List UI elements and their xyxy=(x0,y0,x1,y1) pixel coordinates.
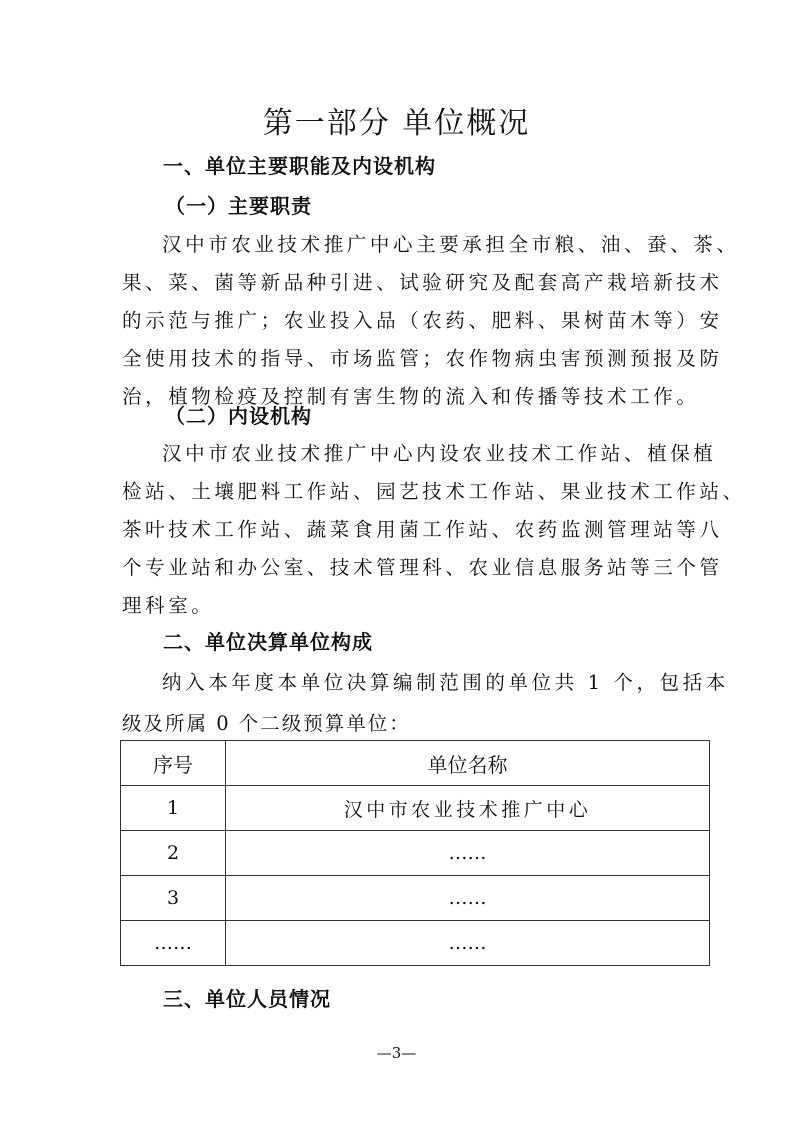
paragraph-line: 果、菜、菌等新品种引进、试验研究及配套高产栽培新技术 xyxy=(122,267,723,295)
table-header-row: 序号 单位名称 xyxy=(121,741,710,786)
budget-units-table: 序号 单位名称 1 汉中市农业技术推广中心 2 …… 3 …… …… …… xyxy=(120,740,710,966)
column-header-index: 序号 xyxy=(121,741,226,786)
paragraph-line: 汉中市农业技术推广中心内设农业技术工作站、植保植 xyxy=(162,438,716,466)
cell-index: 3 xyxy=(121,876,226,921)
section-1-sub-1-heading: （一）主要职责 xyxy=(165,190,312,219)
column-header-unit-name: 单位名称 xyxy=(226,741,710,786)
paragraph-line: 检站、土壤肥料工作站、园艺技术工作站、果业技术工作站、 xyxy=(122,476,746,504)
cell-unit-name: 汉中市农业技术推广中心 xyxy=(226,786,710,831)
page-title: 第一部分 单位概况 xyxy=(0,98,793,142)
table-row: 2 …… xyxy=(121,831,710,876)
cell-unit-name: …… xyxy=(226,876,710,921)
paragraph-line: 纳入本年度本单位决算编制范围的单位共 1 个，包括本 xyxy=(162,667,729,695)
paragraph-line: 理科室。 xyxy=(122,590,214,618)
paragraph-line: 个专业站和办公室、技术管理科、农业信息服务站等三个管 xyxy=(122,552,723,580)
table-row: 3 …… xyxy=(121,876,710,921)
table-row: …… …… xyxy=(121,921,710,966)
cell-unit-name: …… xyxy=(226,831,710,876)
paragraph-line: 全使用技术的指导、市场监管；农作物病虫害预测预报及防 xyxy=(122,343,723,371)
cell-index: …… xyxy=(121,921,226,966)
table-row: 1 汉中市农业技术推广中心 xyxy=(121,786,710,831)
section-1-sub-2-heading: （二）内设机构 xyxy=(165,400,312,429)
page-number: —3— xyxy=(0,1044,793,1062)
cell-index: 1 xyxy=(121,786,226,831)
paragraph-line: 汉中市农业技术推广中心主要承担全市粮、油、蚕、茶、 xyxy=(162,229,740,257)
paragraph-line: 茶叶技术工作站、蔬菜食用菌工作站、农药监测管理站等八 xyxy=(122,514,723,542)
section-3-heading: 三、单位人员情况 xyxy=(163,983,331,1012)
paragraph-line: 的示范与推广；农业投入品（农药、肥料、果树苗木等）安 xyxy=(122,305,723,333)
section-1-heading: 一、单位主要职能及内设机构 xyxy=(163,150,436,179)
section-2-heading: 二、单位决算单位构成 xyxy=(163,626,373,655)
cell-unit-name: …… xyxy=(226,921,710,966)
cell-index: 2 xyxy=(121,831,226,876)
paragraph-line: 级及所属 0 个二级预算单位： xyxy=(122,708,411,736)
